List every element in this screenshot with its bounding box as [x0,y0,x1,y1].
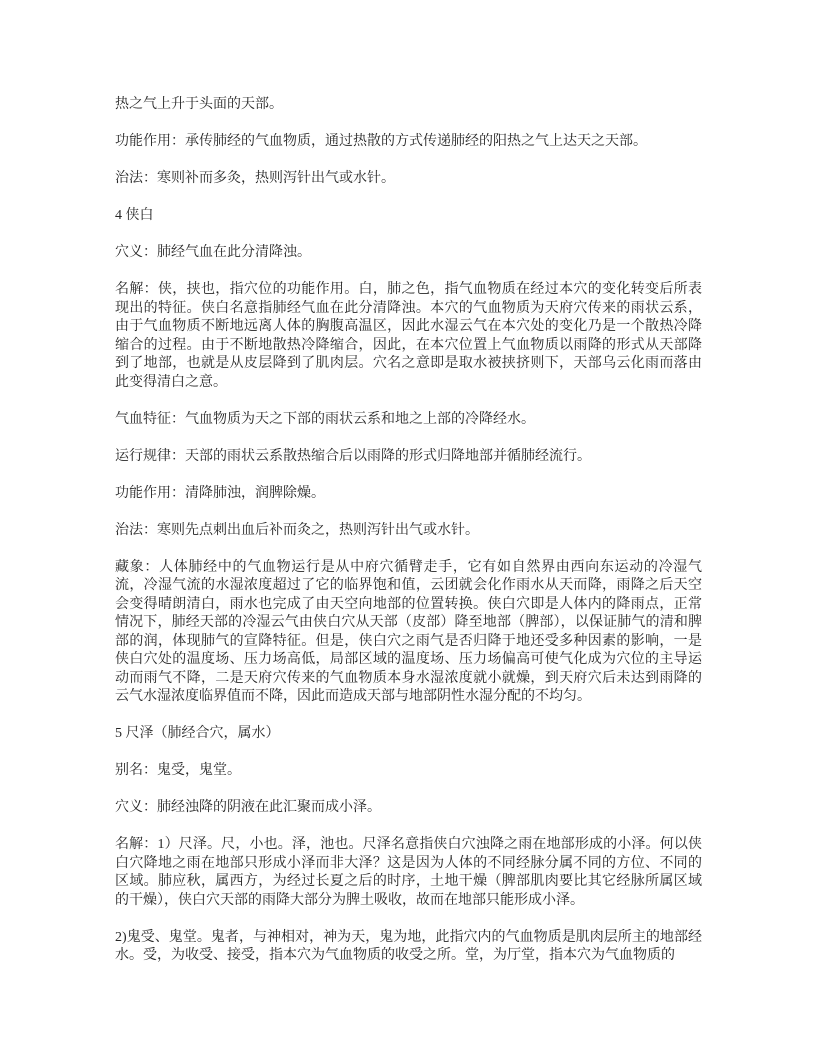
paragraph: 运行规律：天部的雨状云系散热缩合后以雨降的形式归降地部并循肺经流行。 [115,448,702,467]
section-heading: 4 侠白 [115,207,702,226]
paragraph: 热之气上升于头面的天部。 [115,96,702,115]
section-heading: 5 尺泽（肺经合穴，属水） [115,725,702,744]
paragraph: 名解：侠，挟也，指穴位的功能作用。白，肺之色，指气血物质在经过本穴的变化转变后所… [115,281,702,392]
paragraph: 气血特征：气血物质为天之下部的雨状云系和地之上部的冷降经水。 [115,411,702,430]
paragraph: 穴义：肺经气血在此分清降浊。 [115,244,702,263]
paragraph: 穴义：肺经浊降的阴液在此汇聚而成小泽。 [115,799,702,818]
paragraph: 藏象：人体肺经中的气血物运行是从中府穴循臂走手，它有如自然界由西向东运动的冷湿气… [115,559,702,707]
paragraph: 别名：鬼受，鬼堂。 [115,762,702,781]
paragraph: 名解：1）尺泽。尺，小也。泽，池也。尺泽名意指侠白穴浊降之雨在地部形成的小泽。何… [115,836,702,910]
document-page: 热之气上升于头面的天部。功能作用：承传肺经的气血物质，通过热散的方式传递肺经的阳… [0,0,816,1056]
paragraph: 治法：寒则补而多灸，热则泻针出气或水针。 [115,170,702,189]
paragraph: 功能作用：清降肺浊，润脾除燥。 [115,485,702,504]
paragraph: 功能作用：承传肺经的气血物质，通过热散的方式传递肺经的阳热之气上达天之天部。 [115,133,702,152]
paragraph: 2)鬼受、鬼堂。鬼者，与神相对，神为天，鬼为地，此指穴内的气血物质是肌肉层所主的… [115,929,702,966]
document-body: 热之气上升于头面的天部。功能作用：承传肺经的气血物质，通过热散的方式传递肺经的阳… [115,96,702,966]
paragraph: 治法：寒则先点刺出血后补而灸之，热则泻针出气或水针。 [115,522,702,541]
